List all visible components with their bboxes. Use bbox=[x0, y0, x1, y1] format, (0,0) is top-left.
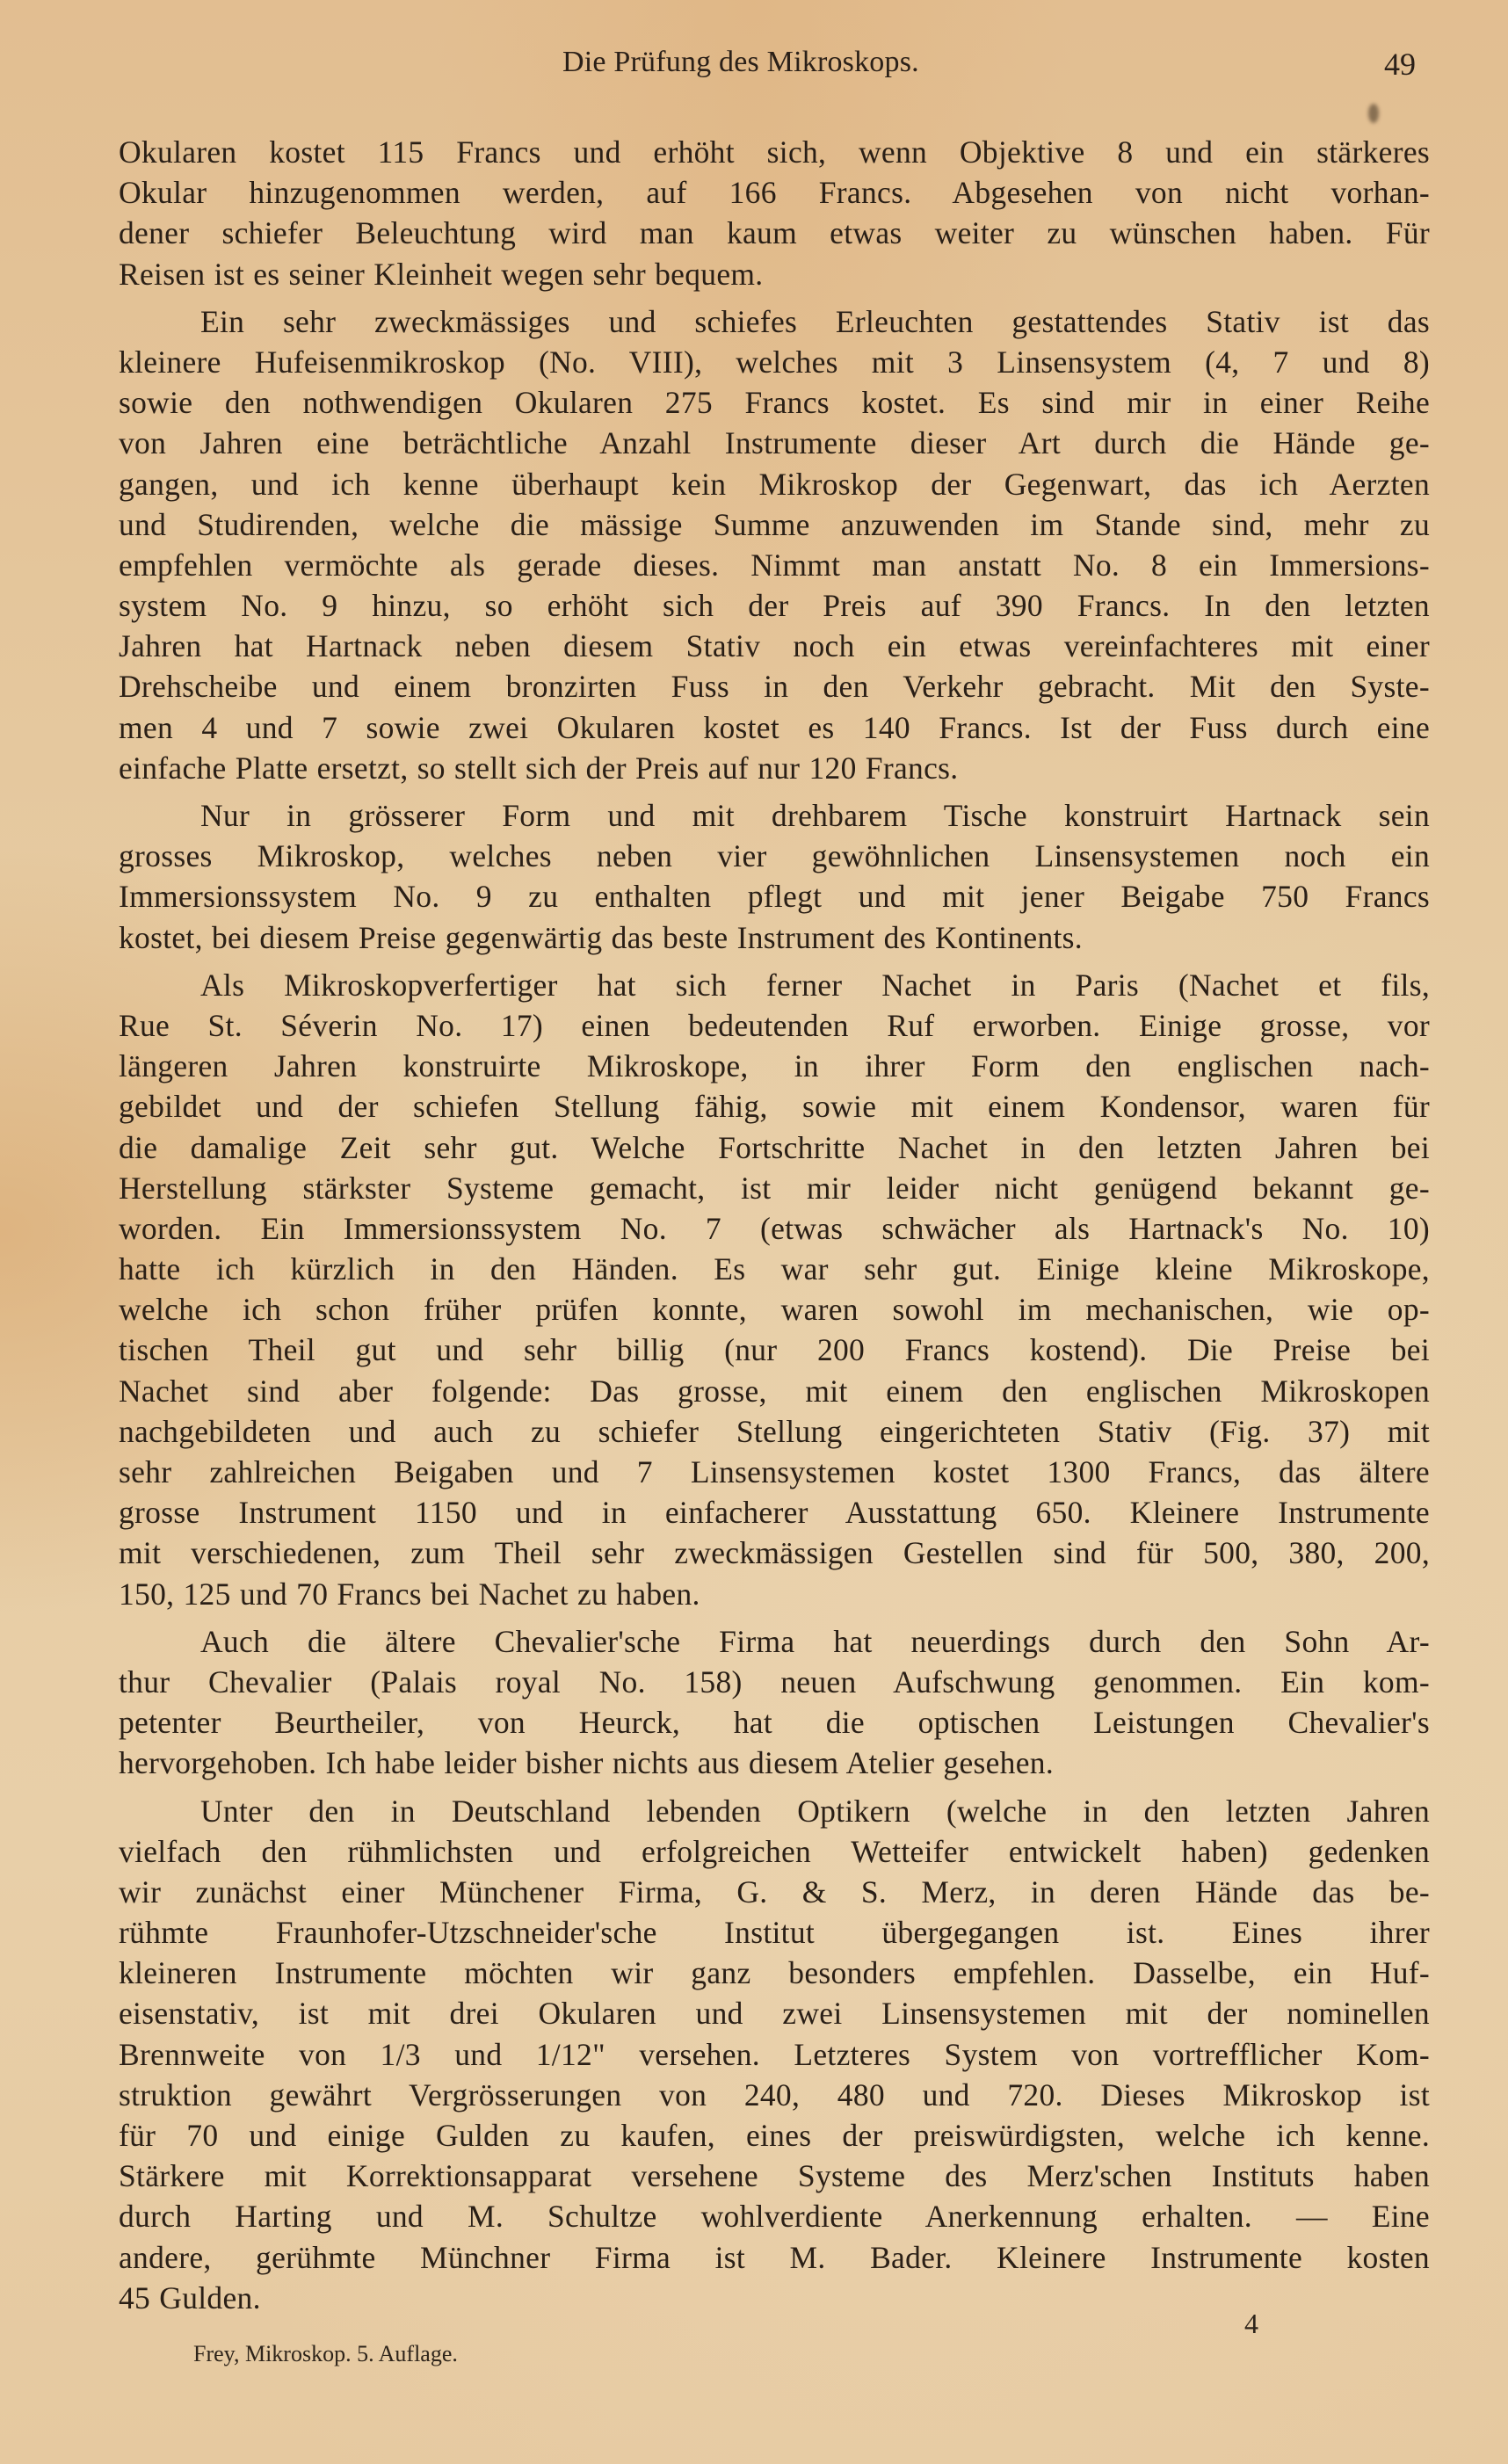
text-line: kleinere Hufeisenmikroskop (No. VIII), w… bbox=[119, 342, 1430, 382]
text-line: struktion gewährt Vergrösserungen von 24… bbox=[119, 2075, 1430, 2115]
text-line: Reisen ist es seiner Kleinheit wegen seh… bbox=[119, 254, 1430, 294]
text-line: Okular hinzugenommen werden, auf 166 Fra… bbox=[119, 172, 1430, 213]
text-line: Jahren hat Hartnack neben diesem Stativ … bbox=[119, 626, 1430, 666]
ink-spot bbox=[1368, 104, 1379, 123]
text-line: empfehlen vermöchte als gerade dieses. N… bbox=[119, 545, 1430, 585]
text-line: Unter den in Deutschland lebenden Optike… bbox=[119, 1791, 1430, 1831]
text-line: tischen Theil gut und sehr billig (nur 2… bbox=[119, 1330, 1430, 1370]
paragraph-gap bbox=[119, 958, 1430, 965]
paragraph: Okularen kostet 115 Francs und erhöht si… bbox=[119, 132, 1430, 294]
text-line: und Studirenden, welche die mässige Summ… bbox=[119, 504, 1430, 545]
text-line: sowie den nothwendigen Okularen 275 Fran… bbox=[119, 382, 1430, 423]
text-line: Brennweite von 1/3 und 1/12" versehen. L… bbox=[119, 2034, 1430, 2075]
text-line: welche ich schon früher prüfen konnte, w… bbox=[119, 1289, 1430, 1330]
paragraph-gap bbox=[119, 1614, 1430, 1621]
text-line: Immersionssystem No. 9 zu enthalten pfle… bbox=[119, 876, 1430, 917]
text-line: Auch die ältere Chevalier'sche Firma hat… bbox=[119, 1621, 1430, 1662]
page-number: 49 bbox=[1384, 46, 1416, 83]
signature-line: Frey, Mikroskop. 5. Auflage. bbox=[193, 2341, 458, 2367]
text-line: sehr zahlreichen Beigaben und 7 Linsensy… bbox=[119, 1452, 1430, 1492]
text-line: eisenstativ, ist mit drei Okularen und z… bbox=[119, 1993, 1430, 2033]
text-line: hervorgehoben. Ich habe leider bisher ni… bbox=[119, 1743, 1430, 1783]
text-line: die damalige Zeit sehr gut. Welche Forts… bbox=[119, 1127, 1430, 1168]
page-footer: 4 Frey, Mikroskop. 5. Auflage. bbox=[0, 2302, 1508, 2408]
paragraph: Nur in grösserer Form und mit drehbarem … bbox=[119, 795, 1430, 958]
text-line: kleineren Instrumente möchten wir ganz b… bbox=[119, 1953, 1430, 1993]
paragraph: Auch die ältere Chevalier'sche Firma hat… bbox=[119, 1621, 1430, 1784]
text-line: von Jahren eine beträchtliche Anzahl Ins… bbox=[119, 423, 1430, 463]
paragraph: Als Mikroskopverfertiger hat sich ferner… bbox=[119, 965, 1430, 1614]
text-line: grosse Instrument 1150 und in einfachere… bbox=[119, 1492, 1430, 1533]
text-line: 150, 125 und 70 Francs bei Nachet zu hab… bbox=[119, 1574, 1430, 1614]
text-line: Nachet sind aber folgende: Das grosse, m… bbox=[119, 1371, 1430, 1411]
text-line: Stärkere mit Korrektionsapparat versehen… bbox=[119, 2156, 1430, 2196]
text-line: petenter Beurtheiler, von Heurck, hat di… bbox=[119, 1702, 1430, 1743]
text-line: mit verschiedenen, zum Theil sehr zweckm… bbox=[119, 1533, 1430, 1573]
text-line: hatte ich kürzlich in den Händen. Es war… bbox=[119, 1249, 1430, 1289]
text-line: dener schiefer Beleuchtung wird man kaum… bbox=[119, 213, 1430, 253]
running-head: Die Prüfung des Mikroskops. 49 bbox=[0, 46, 1508, 90]
body-text: Okularen kostet 115 Francs und erhöht si… bbox=[119, 132, 1430, 2318]
paragraph-gap bbox=[119, 1784, 1430, 1791]
text-line: Okularen kostet 115 Francs und erhöht si… bbox=[119, 132, 1430, 172]
text-line: men 4 und 7 sowie zwei Okularen kostet e… bbox=[119, 707, 1430, 748]
text-line: rühmte Fraunhofer-Utzschneider'sche Inst… bbox=[119, 1912, 1430, 1953]
text-line: worden. Ein Immersionssystem No. 7 (etwa… bbox=[119, 1208, 1430, 1249]
text-line: längeren Jahren konstruirte Mikroskope, … bbox=[119, 1046, 1430, 1086]
text-line: wir zunächst einer Münchener Firma, G. &… bbox=[119, 1872, 1430, 1912]
text-line: Rue St. Séverin No. 17) einen bedeutende… bbox=[119, 1005, 1430, 1046]
paragraph-gap bbox=[119, 788, 1430, 795]
text-line: Ein sehr zweckmässiges und schiefes Erle… bbox=[119, 301, 1430, 342]
running-title: Die Prüfung des Mikroskops. bbox=[562, 46, 919, 79]
sheet-number: 4 bbox=[1244, 2308, 1258, 2340]
text-line: system No. 9 hinzu, so erhöht sich der P… bbox=[119, 585, 1430, 626]
text-line: einfache Platte ersetzt, so stellt sich … bbox=[119, 748, 1430, 788]
text-line: kostet, bei diesem Preise gegenwärtig da… bbox=[119, 917, 1430, 958]
text-line: andere, gerühmte Münchner Firma ist M. B… bbox=[119, 2237, 1430, 2278]
paragraph: Ein sehr zweckmässiges und schiefes Erle… bbox=[119, 301, 1430, 788]
text-line: durch Harting und M. Schultze wohlverdie… bbox=[119, 2196, 1430, 2236]
text-line: Herstellung stärkster Systeme gemacht, i… bbox=[119, 1168, 1430, 1208]
text-line: für 70 und einige Gulden zu kaufen, eine… bbox=[119, 2115, 1430, 2156]
text-line: grosses Mikroskop, welches neben vier ge… bbox=[119, 836, 1430, 876]
text-line: Als Mikroskopverfertiger hat sich ferner… bbox=[119, 965, 1430, 1005]
paragraph: Unter den in Deutschland lebenden Optike… bbox=[119, 1791, 1430, 2318]
text-line: gebildet und der schiefen Stellung fähig… bbox=[119, 1086, 1430, 1127]
text-line: thur Chevalier (Palais royal No. 158) ne… bbox=[119, 1662, 1430, 1702]
text-line: gangen, und ich kenne überhaupt kein Mik… bbox=[119, 464, 1430, 504]
text-line: Nur in grösserer Form und mit drehbarem … bbox=[119, 795, 1430, 836]
book-page: Die Prüfung des Mikroskops. 49 Okularen … bbox=[0, 0, 1508, 2464]
text-line: vielfach den rühmlichsten und erfolgreic… bbox=[119, 1831, 1430, 1872]
paragraph-gap bbox=[119, 294, 1430, 301]
text-line: Drehscheibe und einem bronzirten Fuss in… bbox=[119, 666, 1430, 707]
text-line: nachgebildeten und auch zu schiefer Stel… bbox=[119, 1411, 1430, 1452]
